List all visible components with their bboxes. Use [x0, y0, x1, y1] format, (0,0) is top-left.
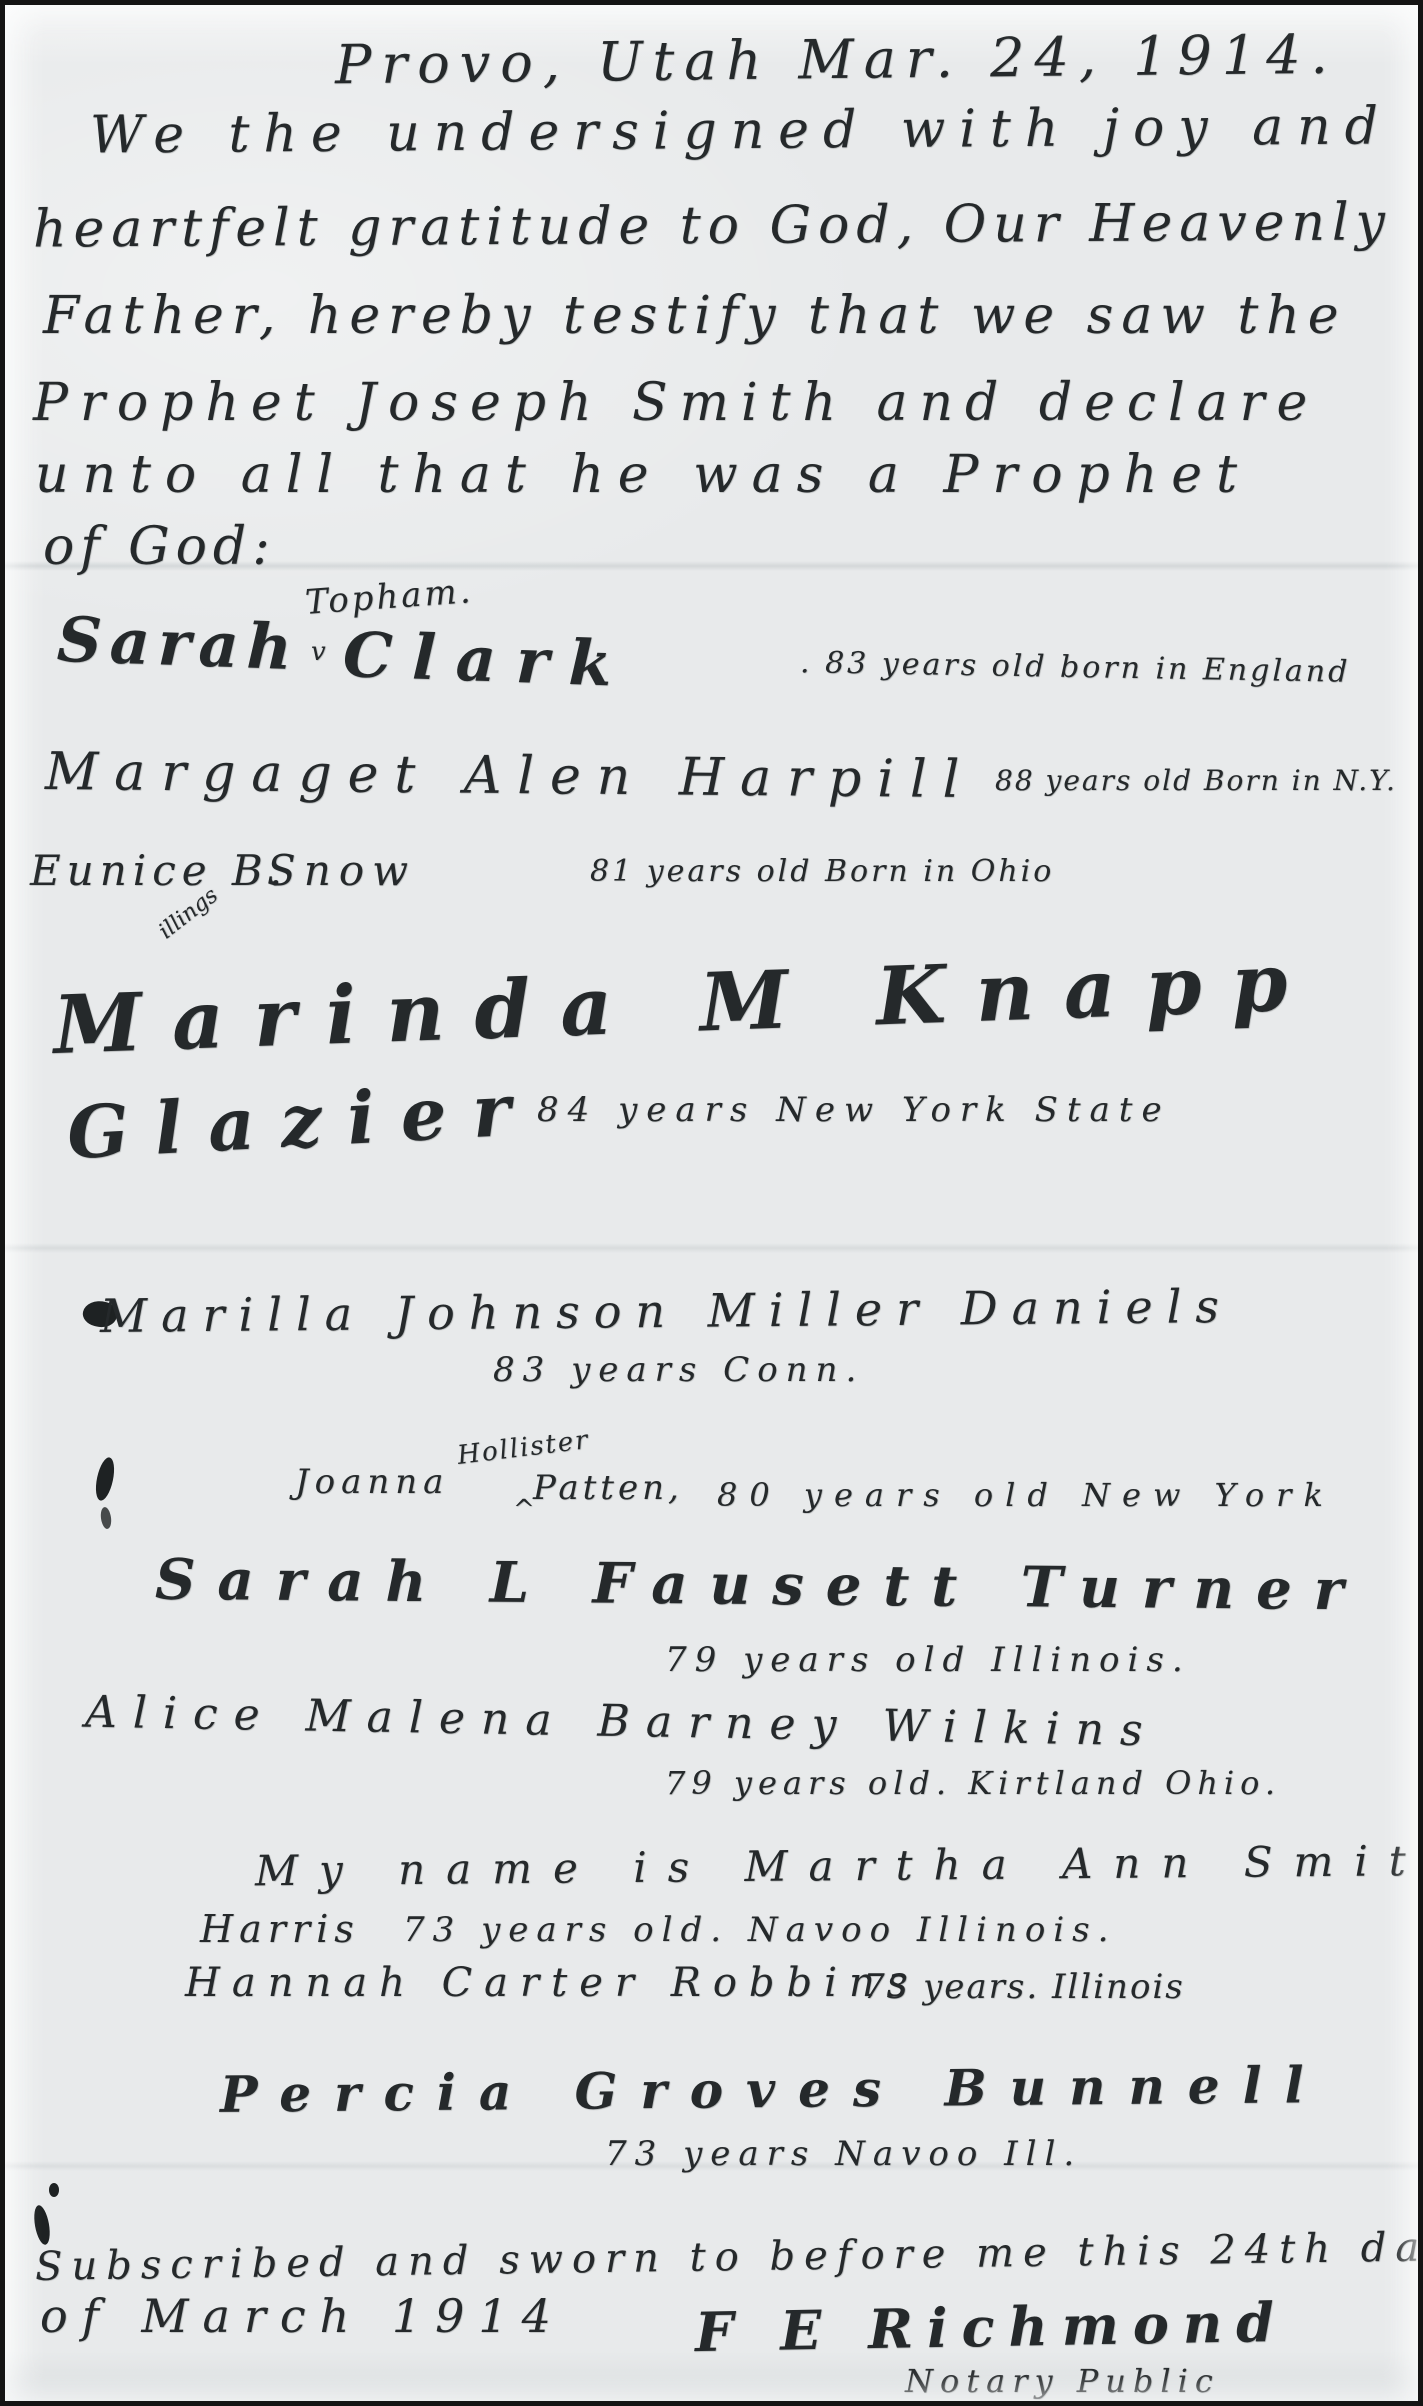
- signature-age-note: 81 years old Born in Ohio: [590, 857, 1054, 887]
- ink-smudge: [93, 1456, 118, 1502]
- signature-age-note: 73 years. Illinois: [863, 1970, 1185, 2004]
- signature-name-insert: Topham.: [304, 574, 474, 620]
- body-line: of God:: [43, 521, 276, 573]
- body-line: heartfelt gratitude to God, Our Heavenly: [33, 196, 1392, 255]
- attestation-line: of March 1914: [40, 2293, 565, 2339]
- body-line: We the undersigned with joy and: [90, 100, 1392, 161]
- signature-name: Sarah L Fausett Turner: [155, 1552, 1366, 1619]
- body-line: unto all that he was a Prophet: [35, 449, 1251, 501]
- scan-edge-vignette: [5, 5, 1418, 2401]
- signature-name: Marilla Johnson Miller Daniels: [100, 1283, 1233, 1339]
- scanned-document-page: Provo, Utah Mar. 24, 1914. We the unders…: [0, 0, 1423, 2406]
- signature-name-continued: Clark: [342, 624, 633, 696]
- fold-crease: [5, 1243, 1418, 1253]
- signature-name-continued: Snow: [267, 850, 416, 892]
- signature-name: Margaget Alen Harpill: [45, 746, 976, 806]
- signature-name: Sarah: [56, 609, 301, 679]
- signature-name: Percia Groves Bunnell: [220, 2060, 1327, 2120]
- signature-age-note: . 83 years old born in England: [800, 648, 1351, 688]
- signature-name: Alice Malena Barney Wilkins: [85, 1691, 1159, 1754]
- signature-age-note: 83 years Conn.: [493, 1353, 864, 1387]
- ink-smudge: [100, 1506, 113, 1529]
- signature-name: Hannah Carter Robbins: [185, 1963, 919, 2003]
- signature-name-line2: Glazier: [65, 1073, 538, 1169]
- body-line: Father, hereby testify that we saw the: [43, 290, 1347, 342]
- ink-smudge: [49, 2183, 59, 2197]
- signature-age-note: 73 years Navoo Ill.: [605, 2137, 1082, 2171]
- insertion-caret: v: [311, 639, 326, 665]
- signature-age-note: 79 years old Illinois.: [665, 1643, 1191, 1677]
- signature-name-insert: Hollister: [456, 1427, 591, 1469]
- signature-name: Joanna: [295, 1465, 449, 1499]
- signature-age-note: 79 years old. Kirtland Ohio.: [665, 1767, 1281, 1799]
- signature-name: Eunice B.: [30, 850, 288, 892]
- dateline: Provo, Utah Mar. 24, 1914.: [335, 28, 1338, 92]
- signature-name-line2: Harris: [200, 1910, 360, 1948]
- notary-title: Notary Public: [905, 2365, 1220, 2397]
- ink-smudge: [32, 2204, 53, 2246]
- signature-age-note: 73 years old. Navoo Illinois.: [403, 1913, 1116, 1947]
- signature-name: My name is Martha Ann Smith: [255, 1840, 1423, 1893]
- notary-signature: F E Richmond: [695, 2295, 1289, 2359]
- signature-name-continued: Patten,: [533, 1471, 683, 1505]
- signature-age-note: 84 years New York State: [537, 1093, 1171, 1127]
- signature-age-note: 88 years old Born in N.Y.: [995, 767, 1397, 795]
- attestation-line: Subscribed and sworn to before me this 2…: [35, 2227, 1423, 2287]
- signature-name: Marinda M Knapp: [52, 941, 1319, 1065]
- signature-age-note: 80 years old New York: [717, 1479, 1335, 1511]
- insertion-caret: ^: [513, 1497, 535, 1523]
- body-line: Prophet Joseph Smith and declare: [33, 377, 1319, 429]
